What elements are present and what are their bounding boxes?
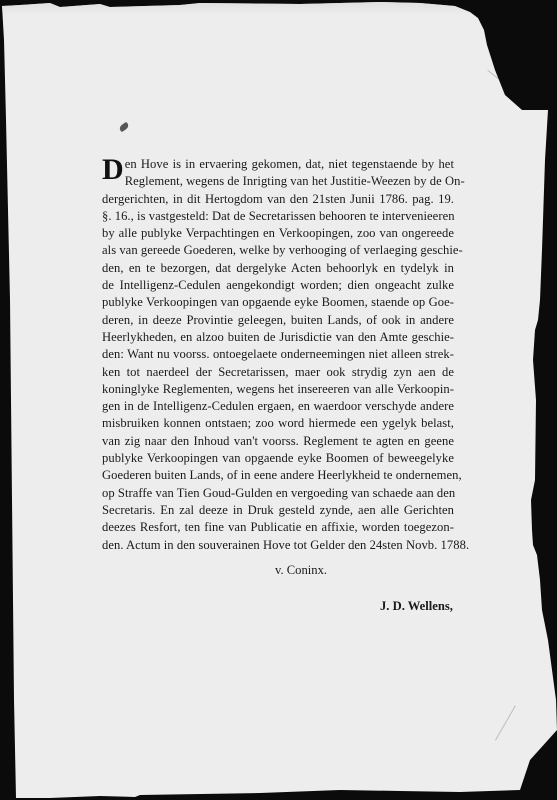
text-line: op Straffe van Tien Goud-Gulden en vergo… (102, 485, 454, 502)
text-line: en Hove is in ervaering gekomen, dat, ni… (102, 156, 454, 173)
drop-cap: D (102, 157, 124, 183)
text-line: koninglyke Reglementen, wegens het inser… (102, 381, 454, 398)
page-top-shading (0, 0, 557, 16)
text-line: publyke Verkoopingen van opgaende eyke B… (102, 450, 454, 467)
text-line: deren, in deeze Provintie geleegen, buit… (102, 312, 454, 329)
text-line: gen in de Intelligenz-Cedulen ergaen, en… (102, 398, 454, 415)
document-page: D en Hove is in ervaering gekomen, dat, … (0, 0, 557, 800)
paper-crease (487, 70, 535, 108)
text-line: misbruiken konnen ontstaen; zoo word hie… (102, 415, 454, 432)
text-line: deezes Resfort, ten fine van Publicatie … (102, 519, 454, 536)
text-line: §. 16., is vastgesteld: Dat de Secretari… (102, 208, 454, 225)
text-line: Secretaris. En zal deeze in Druk gesteld… (102, 502, 454, 519)
text-line: publyke Verkoopingen van opgaende eyke B… (102, 294, 454, 311)
signature-wellens: J. D. Wellens, (380, 599, 453, 614)
text-line: als van gereede Goederen, welke by verho… (102, 242, 454, 259)
text-line: de Intelligenz-Cedulen aengekondigt word… (102, 277, 454, 294)
ink-blot-mark (118, 122, 130, 133)
text-line: Reglement, wegens de Inrigting van het J… (102, 173, 454, 190)
text-line: den: Want nu voorss. ontoegelaete ondern… (102, 346, 454, 363)
text-line: by alle publyke Verpachtingen en Verkoop… (102, 225, 454, 242)
proclamation-body: D en Hove is in ervaering gekomen, dat, … (102, 156, 454, 554)
text-line: ken tot naerdeel der Secretarissen, maer… (102, 364, 454, 381)
text-line: van zig naar den Inhoud van't voorss. Re… (102, 433, 454, 450)
text-line: Goederen buiten Lands, of in eene andere… (102, 467, 454, 484)
text-line: dergerichten, in dit Hertogdom van den 2… (102, 191, 454, 208)
text-line: Heerlykheden, en alzoo buiten de Jurisdi… (102, 329, 454, 346)
paper-crease (495, 705, 516, 740)
text-line: den. Actum in den souverainen Hove tot G… (102, 537, 454, 554)
signature-coninx: v. Coninx. (275, 563, 327, 578)
text-line: den, en te bezorgen, dat dergelyke Acten… (102, 260, 454, 277)
